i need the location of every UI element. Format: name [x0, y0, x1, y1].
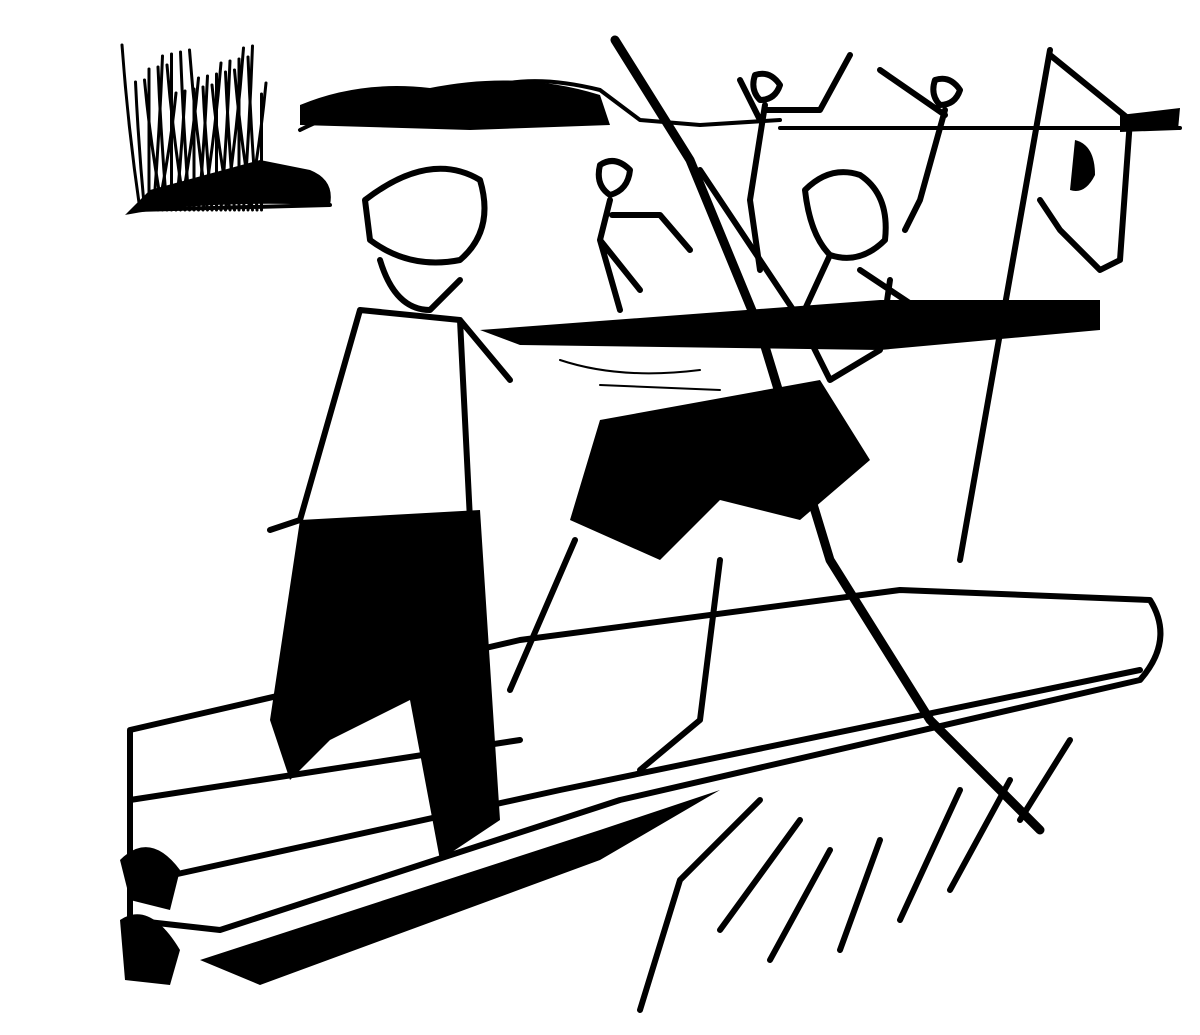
- poling-boy: [510, 40, 1040, 830]
- distant-raft: [480, 300, 1100, 390]
- standing-boy: [270, 169, 510, 860]
- raft-illustration: [0, 0, 1200, 1035]
- ink-drawing: [120, 40, 1180, 1010]
